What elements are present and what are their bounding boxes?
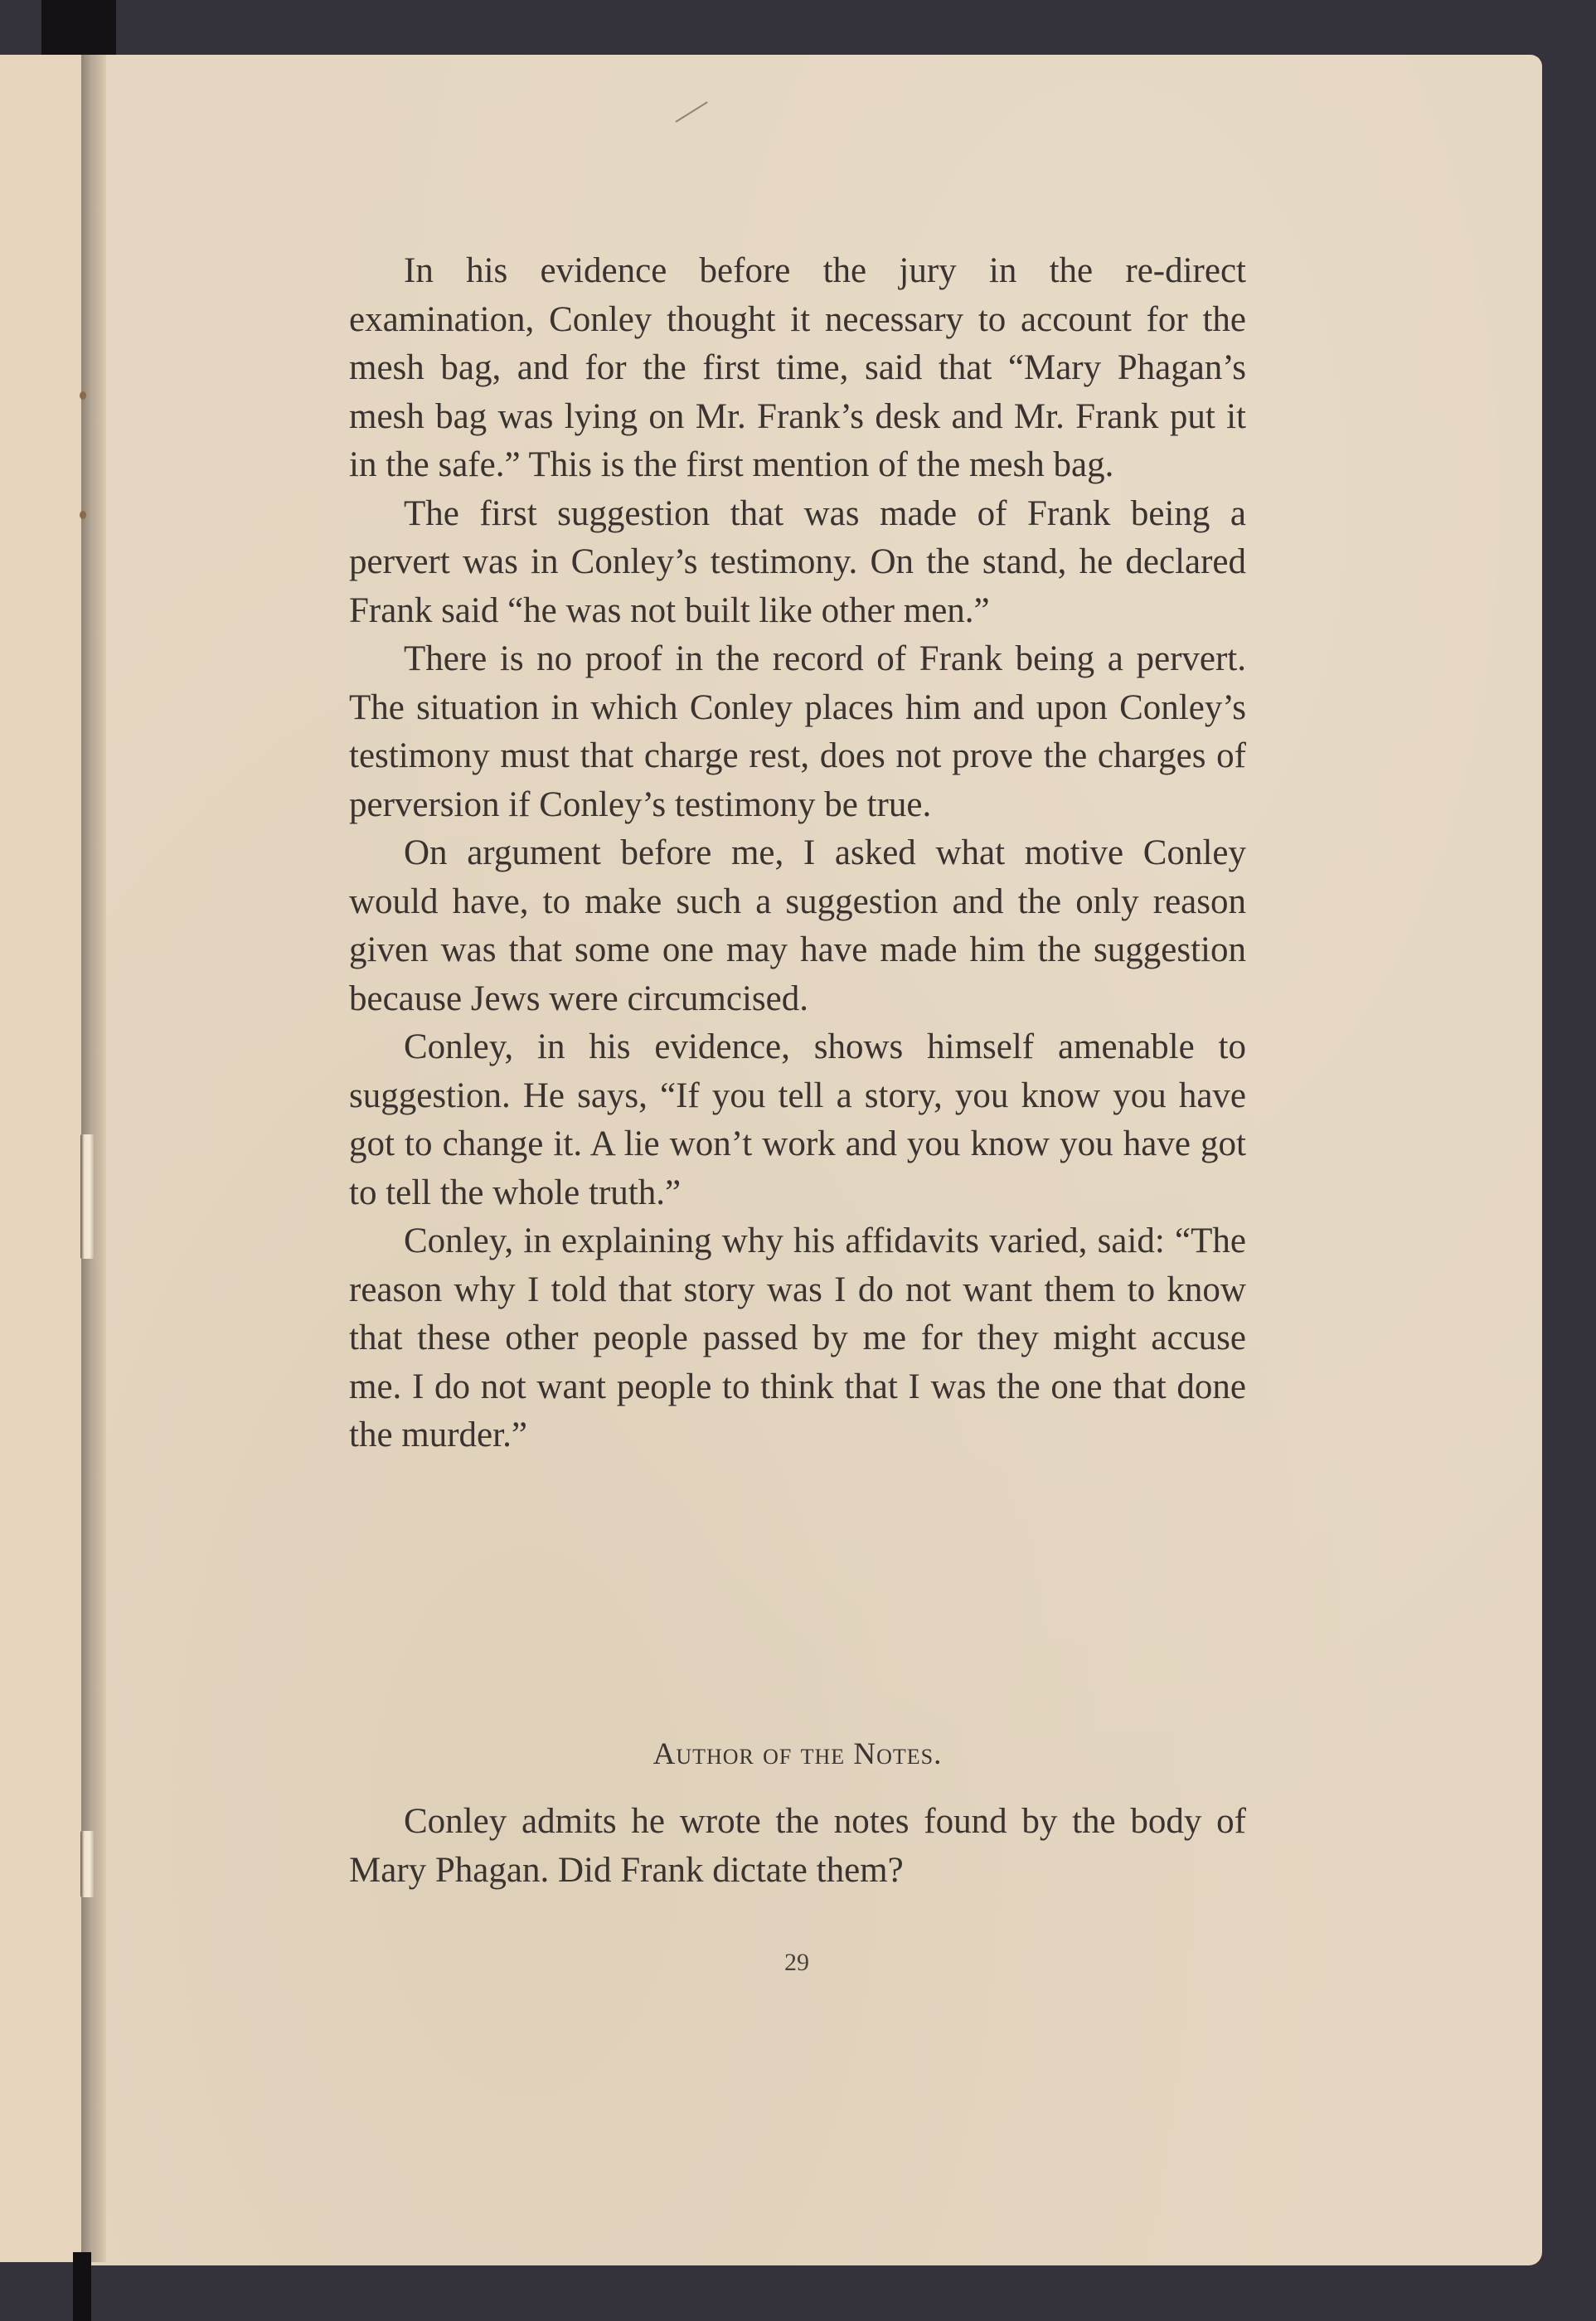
paragraph: Conley, in his evidence, shows himself a… [349, 1023, 1246, 1217]
paragraph: The first suggestion that was made of Fr… [349, 490, 1246, 636]
paragraph: In his evidence before the jury in the r… [349, 247, 1246, 490]
paragraph: On argument before me, I asked what moti… [349, 829, 1246, 1023]
binding-staple [80, 1831, 94, 1897]
section-heading: Author of the Notes. [349, 1736, 1246, 1772]
pen-mark [675, 101, 707, 123]
scan-background-block [41, 0, 116, 55]
body-text: In his evidence before the jury in the r… [349, 247, 1246, 1460]
paragraph: Conley, in explaining why his affidavits… [349, 1217, 1246, 1460]
staple-hole [80, 391, 86, 400]
facing-page-edge [0, 55, 83, 2262]
binding-staple [80, 1134, 94, 1259]
paragraph: There is no proof in the record of Frank… [349, 635, 1246, 829]
page-number: 29 [764, 1949, 830, 1977]
section-body-text: Conley admits he wrote the notes found b… [349, 1798, 1246, 1895]
paragraph: Conley admits he wrote the notes found b… [349, 1798, 1246, 1895]
binding-spine-bottom [73, 2252, 91, 2321]
staple-hole [80, 511, 86, 519]
